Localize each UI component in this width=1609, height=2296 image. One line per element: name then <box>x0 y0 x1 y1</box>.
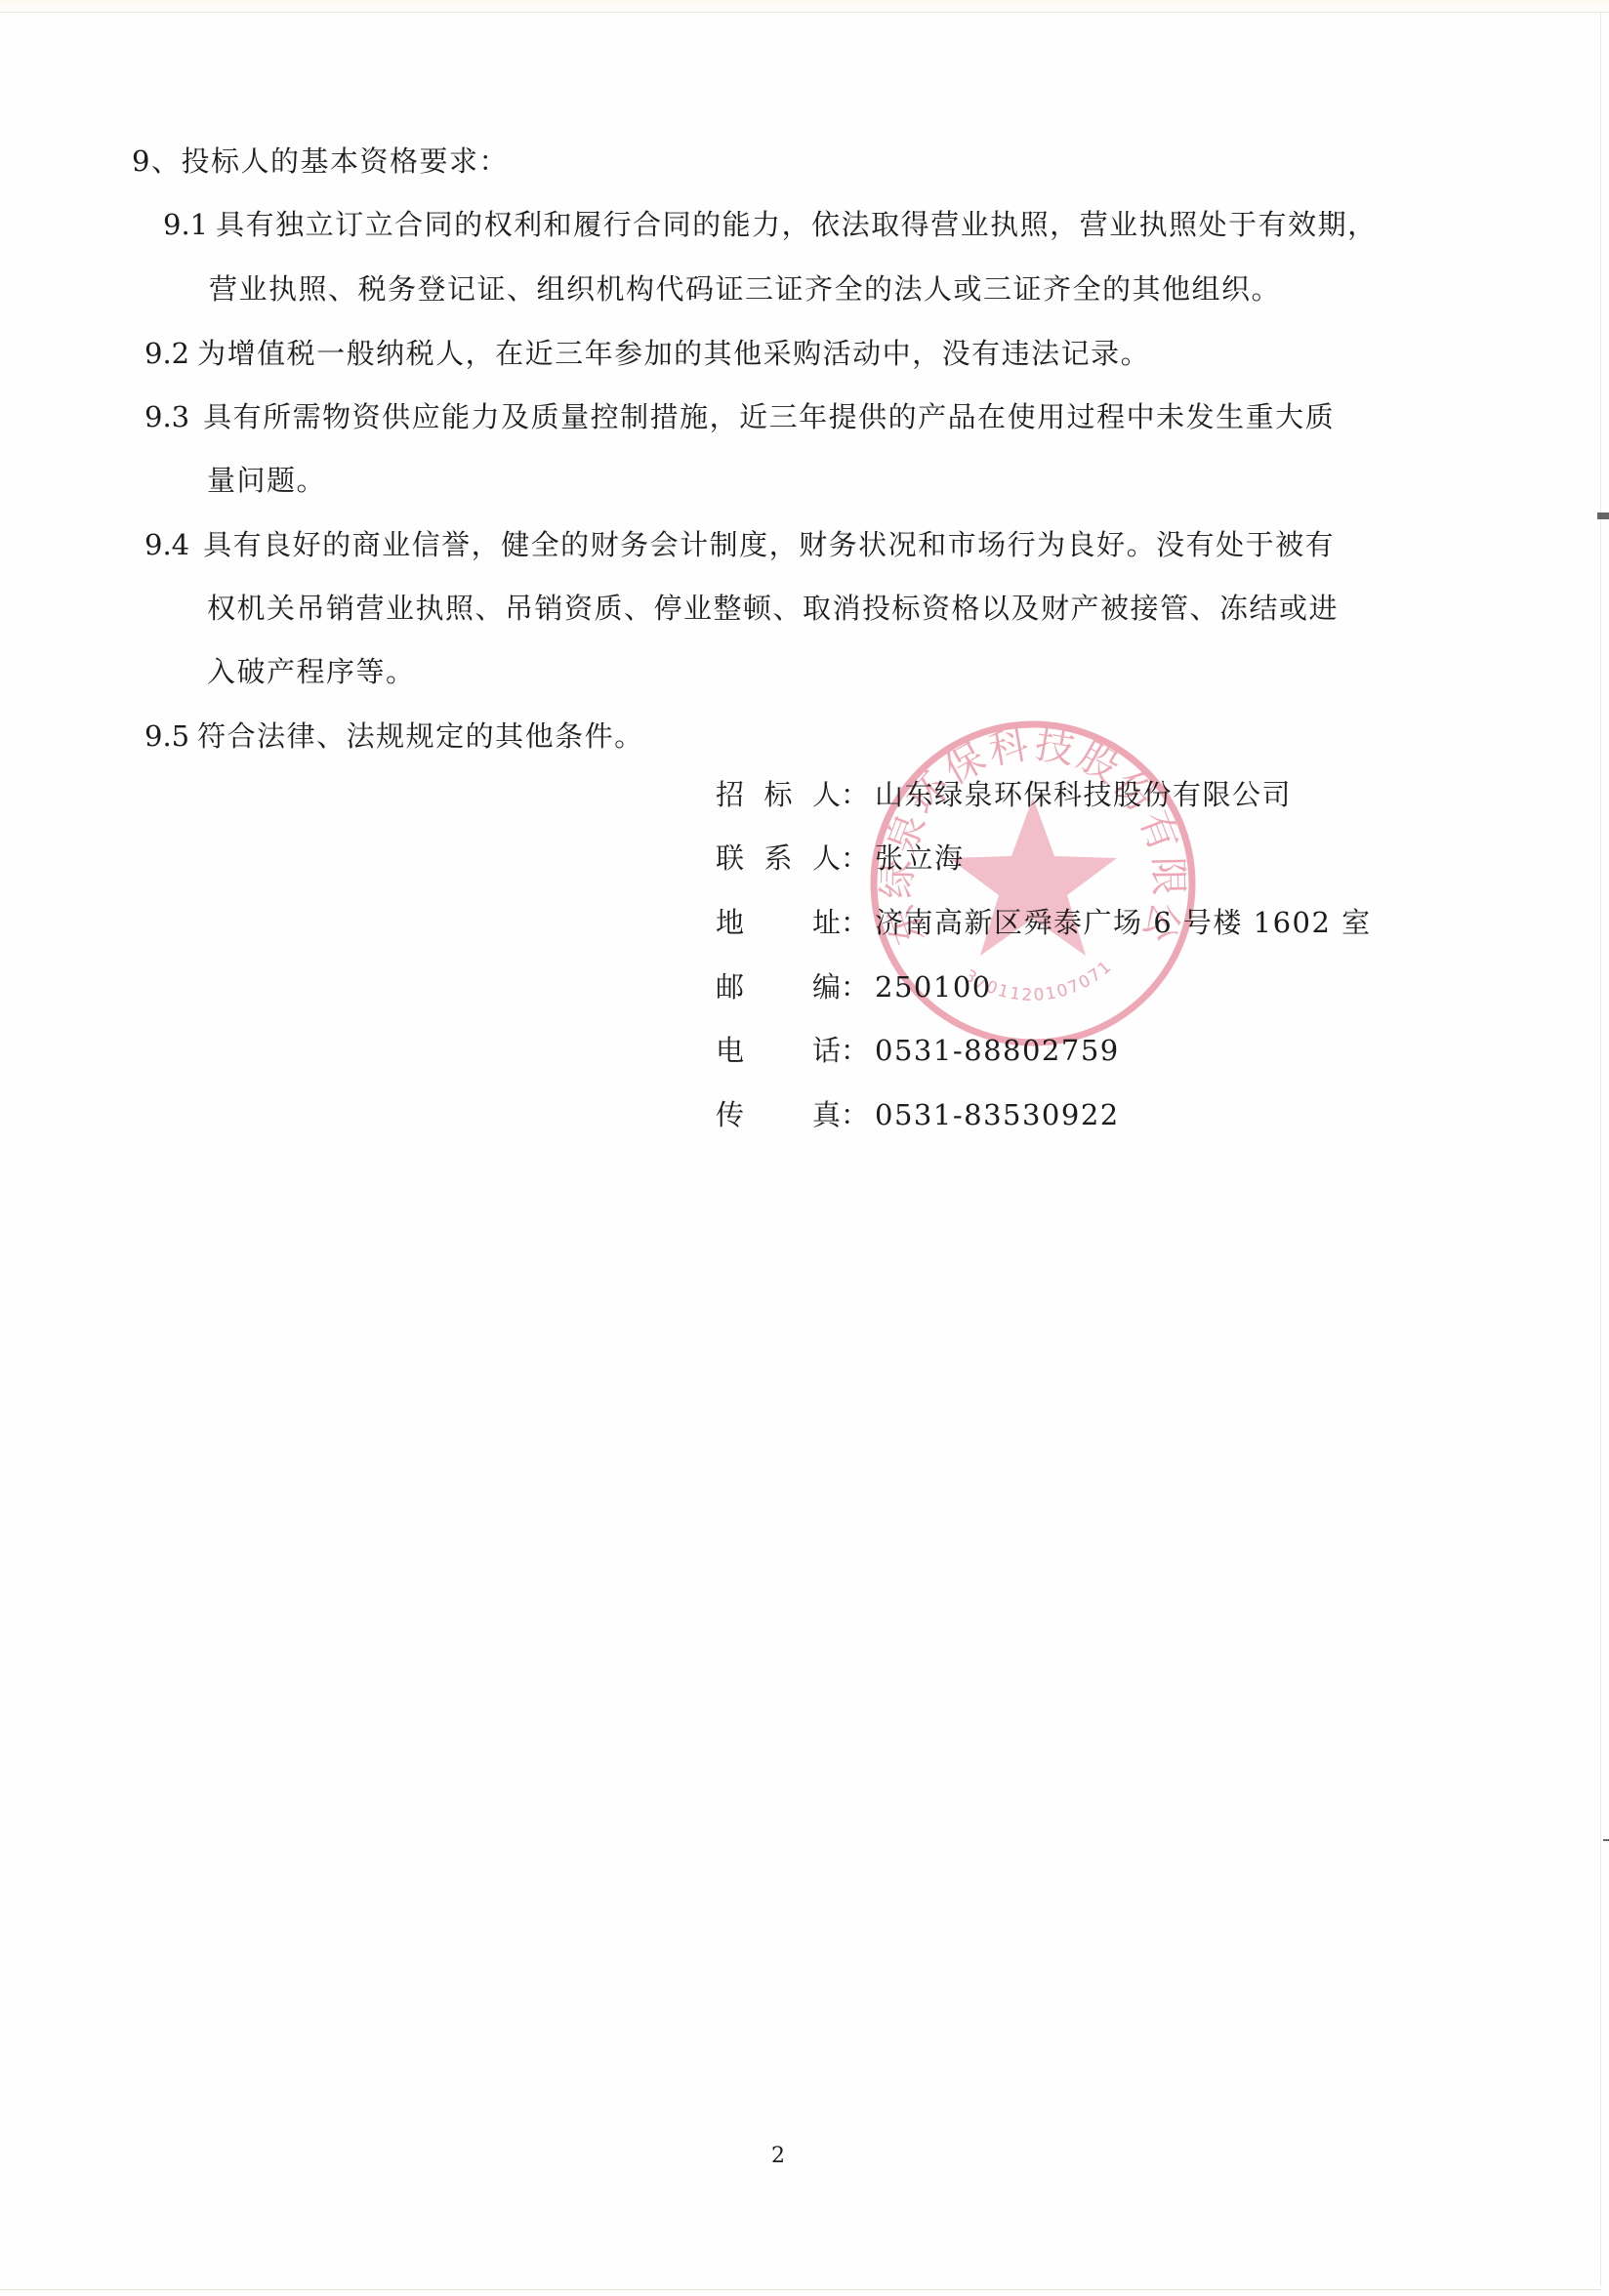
signature-phone: 电话 ：0531-88802759 <box>716 1034 1120 1067</box>
document-page: 9、投标人的基本资格要求： 9.1具有独立订立合同的权利和履行合同的能力，依法取… <box>0 0 1609 2296</box>
signature-fax: 传真 ：0531-83530922 <box>716 1098 1120 1131</box>
item-number: 9.2 <box>144 337 189 370</box>
contact-label: 联系人 <box>716 841 841 875</box>
fax-value: 0531-83530922 <box>875 1098 1120 1131</box>
item-text: 具有独立订立合同的权利和履行合同的能力，依法取得营业执照，营业执照处于有效期， <box>216 208 1378 241</box>
phone-label: 电话 <box>716 1034 841 1067</box>
signature-address: 地址 ：济南高新区舜泰广场 6 号楼 1602 室 <box>716 906 1372 939</box>
item-number: 9.3 <box>144 400 189 433</box>
page-number: 2 <box>771 2144 785 2169</box>
item-9-1-line-2: 营业执照、税务登记证、组织机构代码证三证齐全的法人或三证齐全的其他组织。 <box>209 272 1281 306</box>
signature-contact: 联系人 ：张立海 <box>716 841 965 875</box>
item-text: 符合法律、法规规定的其他条件。 <box>197 719 644 753</box>
item-number: 9.5 <box>144 719 189 753</box>
phone-value: 0531-88802759 <box>875 1034 1120 1067</box>
item-9-3-line-2: 量问题。 <box>207 464 326 497</box>
item-9-3-line-1: 9.3具有所需物资供应能力及质量控制措施，近三年提供的产品在使用过程中未发生重大… <box>144 400 1335 433</box>
postcode-label: 邮编 <box>716 970 841 1004</box>
item-9-4-line-3: 入破产程序等。 <box>207 655 416 688</box>
scan-bottom-edge <box>0 2289 1601 2290</box>
address-label: 地址 <box>716 906 841 939</box>
item-9-4-line-1: 9.4具有良好的商业信誉，健全的财务会计制度，财务状况和市场行为良好。没有处于被… <box>144 528 1335 561</box>
signature-tenderer: 招标人 ：山东绿泉环保科技股份有限公司 <box>716 778 1292 811</box>
signature-postcode: 邮编 ：250100 <box>716 970 992 1004</box>
item-text: 具有所需物资供应能力及质量控制措施，近三年提供的产品在使用过程中未发生重大质 <box>203 400 1335 433</box>
item-number: 9.4 <box>144 528 189 561</box>
item-text: 具有良好的商业信誉，健全的财务会计制度，财务状况和市场行为良好。没有处于被有 <box>203 528 1335 561</box>
contact-value: 张立海 <box>875 841 965 875</box>
section-heading: 9、投标人的基本资格要求： <box>132 144 509 178</box>
scan-artifact-mark <box>1603 1839 1609 1841</box>
item-9-5-line-1: 9.5符合法律、法规规定的其他条件。 <box>144 719 644 753</box>
item-9-2-line-1: 9.2为增值税一般纳税人，在近三年参加的其他采购活动中，没有违法记录。 <box>144 337 1150 370</box>
scan-right-edge <box>1600 12 1601 2286</box>
item-text: 为增值税一般纳税人，在近三年参加的其他采购活动中，没有违法记录。 <box>197 337 1150 370</box>
item-9-4-line-2: 权机关吊销营业执照、吊销资质、停业整顿、取消投标资格以及财产被接管、冻结或进 <box>207 592 1339 625</box>
address-value: 济南高新区舜泰广场 6 号楼 1602 室 <box>875 906 1372 939</box>
scan-artifact-mark <box>1597 512 1609 519</box>
item-number: 9.1 <box>163 208 208 241</box>
fax-label: 传真 <box>716 1098 841 1131</box>
item-9-1-line-1: 9.1具有独立订立合同的权利和履行合同的能力，依法取得营业执照，营业执照处于有效… <box>163 208 1378 241</box>
tenderer-label: 招标人 <box>716 778 841 811</box>
postcode-value: 250100 <box>875 970 992 1004</box>
tenderer-value: 山东绿泉环保科技股份有限公司 <box>875 778 1292 811</box>
scan-top-edge <box>0 0 1609 13</box>
